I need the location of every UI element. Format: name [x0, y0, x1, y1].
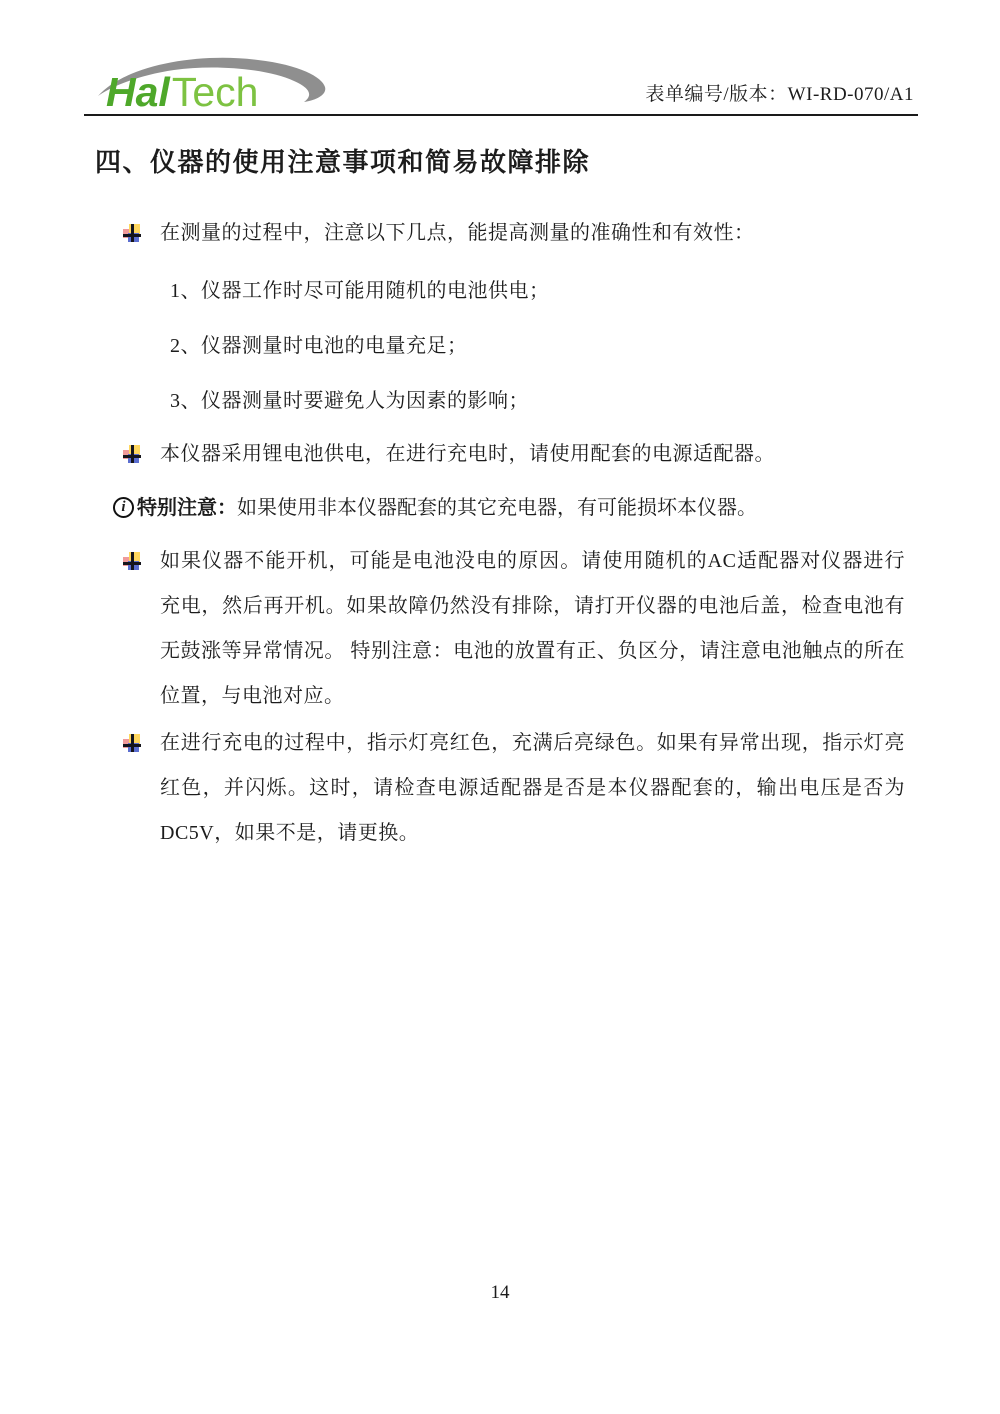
- colored-cross-bullet-icon: [123, 552, 141, 570]
- form-number-label: 表单编号/版本：WI-RD-070/A1: [645, 79, 914, 106]
- bullet-text: 在进行充电的过程中，指示灯亮红色，充满后亮绿色。如果有异常出现，指示灯亮红色，并…: [160, 721, 905, 856]
- bullet-text: 本仪器采用锂电池供电，在进行充电时，请使用配套的电源适配器。: [160, 442, 905, 466]
- note-text: 如果使用非本仪器配套的其它充电器，有可能损坏本仪器。: [237, 497, 757, 519]
- special-note-line: i 特别注意：如果使用非本仪器配套的其它充电器，有可能损坏本仪器。: [95, 495, 905, 521]
- document-page: HalTech 表单编号/版本：WI-RD-070/A1 四、仪器的使用注意事项…: [0, 0, 1000, 1414]
- bullet-item-measurement-tips: 在测量的过程中，注意以下几点，能提高测量的准确性和有效性：: [95, 221, 905, 248]
- haltech-logo: HalTech: [96, 56, 328, 114]
- logo-text-bold: Hal: [106, 69, 171, 114]
- bullet-item-charging-indicator: 在进行充电的过程中，指示灯亮红色，充满后亮绿色。如果有异常出现，指示灯亮红色，并…: [95, 721, 905, 856]
- bullet-text: 在测量的过程中，注意以下几点，能提高测量的准确性和有效性：: [160, 221, 905, 245]
- page-number: 14: [0, 1282, 1000, 1304]
- note-text-wrap: 特别注意：如果使用非本仪器配套的其它充电器，有可能损坏本仪器。: [137, 495, 757, 521]
- logo-text-light: Tech: [172, 69, 259, 114]
- info-circle-icon: i: [113, 497, 134, 518]
- colored-cross-bullet-icon: [123, 445, 141, 463]
- bullet-item-power-on-failure: 如果仪器不能开机，可能是电池没电的原因。请使用随机的AC适配器对仪器进行充电，然…: [95, 539, 905, 719]
- numbered-item-1: 1、仪器工作时尽可能用随机的电池供电；: [95, 279, 905, 303]
- bullet-text: 如果仪器不能开机，可能是电池没电的原因。请使用随机的AC适配器对仪器进行充电，然…: [160, 539, 905, 719]
- note-label: 特别注意：: [137, 497, 237, 519]
- colored-cross-bullet-icon: [123, 224, 141, 242]
- section-title: 四、仪器的使用注意事项和简易故障排除: [95, 142, 1000, 179]
- svg-text:HalTech: HalTech: [106, 69, 258, 114]
- numbered-item-2: 2、仪器测量时电池的电量充足；: [95, 334, 905, 358]
- page-header: HalTech 表单编号/版本：WI-RD-070/A1: [84, 0, 918, 116]
- bullet-item-lithium-battery: 本仪器采用锂电池供电，在进行充电时，请使用配套的电源适配器。: [95, 442, 905, 469]
- document-body: 在测量的过程中，注意以下几点，能提高测量的准确性和有效性： 1、仪器工作时尽可能…: [0, 221, 1000, 856]
- numbered-item-3: 3、仪器测量时要避免人为因素的影响；: [95, 389, 905, 413]
- colored-cross-bullet-icon: [123, 734, 141, 752]
